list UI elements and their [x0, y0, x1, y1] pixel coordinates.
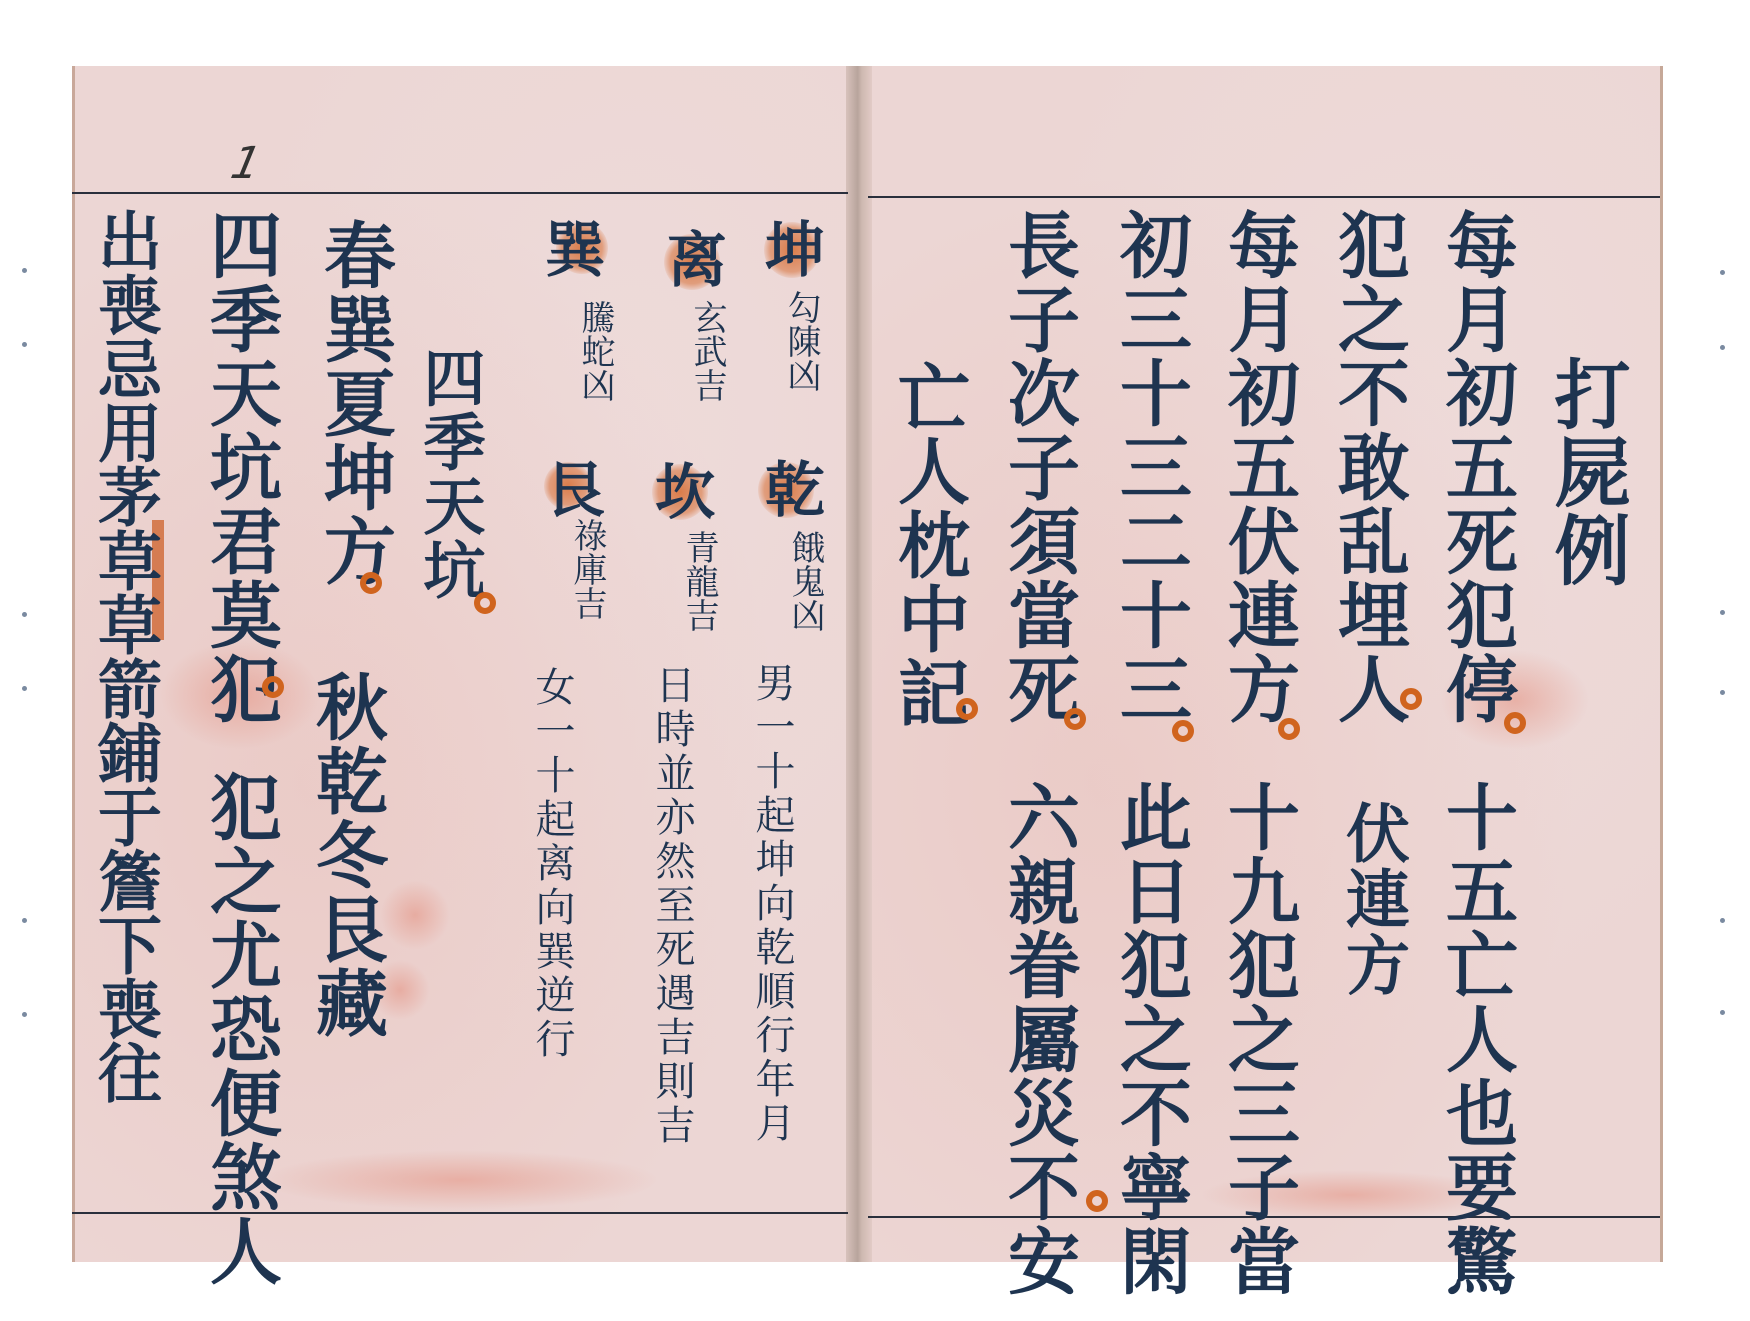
trigram-gen-annotation: 祿庫吉 [570, 518, 604, 620]
right-column-6-top: 亡人枕中記 [892, 360, 964, 730]
right-column-5-bottom: 六親眷屬災不安 [1002, 780, 1074, 1298]
trigram-kun-annotation: 勾陳凶 [784, 290, 818, 392]
seal-mark [1064, 708, 1086, 730]
scan-speck [1720, 1010, 1725, 1015]
rule-line-1: 男一十起坤向乾順行年月 [752, 662, 792, 1146]
right-column-1-top: 每月初五死犯停 [1440, 208, 1512, 726]
scan-speck [1720, 918, 1725, 923]
trigram-xun: 巽 [540, 218, 600, 280]
left-top-rule [72, 192, 848, 194]
left-column-3-top: 四季天坑君莫犯 [204, 208, 276, 726]
book-gutter [846, 66, 872, 1262]
trigram-li: 离 [662, 228, 722, 290]
right-column-2-top: 犯之不敢乱埋人 [1332, 208, 1404, 726]
trigram-xun-annotation: 騰蛇凶 [578, 300, 612, 402]
trigram-kan: 坎 [650, 460, 710, 522]
right-column-5-top: 長子次子須當死 [1002, 208, 1074, 726]
seal-mark [262, 676, 284, 698]
left-column-4: 出喪忌用茅草草箭鋪于簷下喪往 [92, 208, 156, 1104]
left-column-2-top: 春巽夏坤方 [318, 218, 390, 588]
right-column-2-bottom: 伏連方 [1340, 800, 1404, 998]
trigram-kan-annotation: 青龍吉 [682, 530, 716, 632]
right-column-4-top: 初三十三二十三 [1114, 208, 1186, 726]
right-column-3-top: 每月初五伏連方 [1222, 208, 1294, 726]
right-column-1-bottom: 十五亡人也要驚 [1440, 780, 1512, 1298]
scan-speck [1720, 270, 1725, 275]
right-column-3-bottom: 十九犯之三子當 [1222, 780, 1294, 1298]
section-title: 打屍例 [1548, 355, 1624, 589]
seal-mark [360, 572, 382, 594]
scan-speck [1720, 345, 1725, 350]
scan-speck [22, 612, 27, 617]
right-top-rule [868, 196, 1660, 198]
scan-speck [22, 918, 27, 923]
seal-mark [1086, 1190, 1108, 1212]
trigram-kun: 坤 [760, 218, 820, 280]
rule-line-2: 日時並亦然至死遇吉則吉 [652, 664, 692, 1148]
seal-mark [1278, 718, 1300, 740]
seal-mark [1172, 720, 1194, 742]
trigram-li-annotation: 玄武吉 [690, 300, 724, 402]
seal-mark [956, 698, 978, 720]
scan-speck [22, 1012, 27, 1017]
rule-line-3: 女一十起离向巽逆行 [532, 666, 572, 1062]
scan-speck [22, 342, 27, 347]
left-column-3-bottom: 犯之尤恐便煞人 [204, 770, 276, 1288]
scan-speck [1720, 690, 1725, 695]
stain [380, 880, 450, 950]
left-column-heading: 四季天坑 [418, 346, 480, 602]
seal-mark [1504, 712, 1526, 734]
scan-speck [22, 686, 27, 691]
scan-speck [1720, 610, 1725, 615]
trigram-qian-annotation: 餓鬼凶 [788, 530, 822, 632]
right-column-4-bottom: 此日犯之不寧閑 [1114, 780, 1186, 1298]
seal-mark [474, 592, 496, 614]
trigram-gen: 艮 [540, 458, 600, 520]
scan-speck [22, 268, 27, 273]
left-bottom-rule [72, 1212, 848, 1214]
trigram-qian: 乾 [760, 458, 820, 520]
left-column-2-bottom: 秋乾冬艮藏 [310, 670, 382, 1040]
seal-mark [1400, 688, 1422, 710]
stain [260, 1150, 660, 1210]
